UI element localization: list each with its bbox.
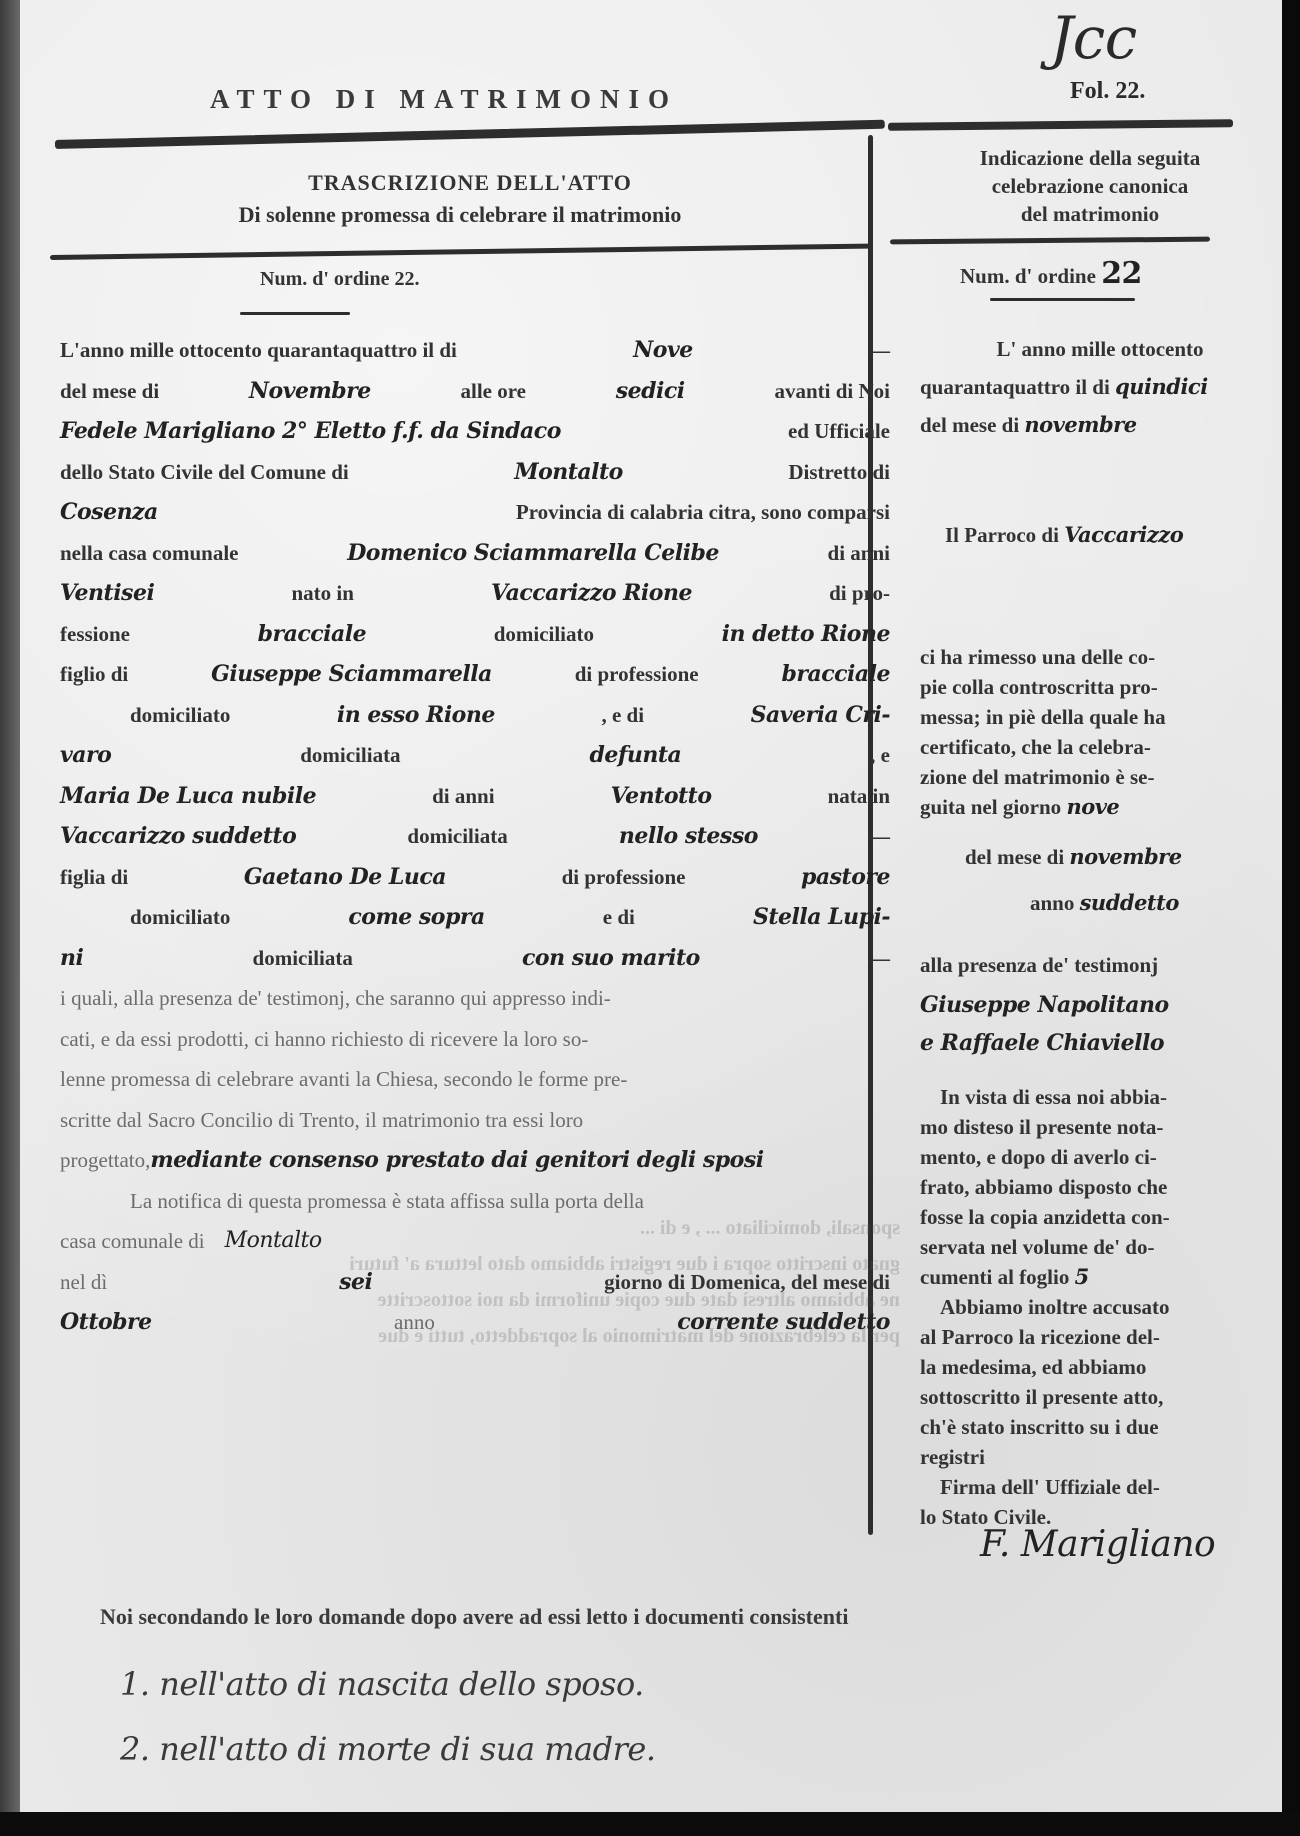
text-line: quarantaquattro il di quindici xyxy=(920,372,1280,402)
handwritten-birthplace: Vaccarizzo suddetto xyxy=(60,816,296,857)
handwritten-witness: Giuseppe Napolitano xyxy=(920,990,1280,1020)
official-signature: F. Marigliano xyxy=(980,1524,1215,1565)
handwritten-birthplace: Vaccarizzo Rione xyxy=(491,573,692,614)
text-line: lenne promessa di celebrare avanti la Ch… xyxy=(60,1059,890,1100)
printed-text: domiciliata xyxy=(407,816,507,857)
filler: — xyxy=(869,330,890,371)
printed-text: fessione xyxy=(60,614,130,655)
printed-text: mento, e dopo di averlo ci- xyxy=(920,1142,1280,1172)
text-line: figlia diGaetano De Lucadi professionepa… xyxy=(60,857,890,898)
ghost-line: ne abbiamo altresì date due copie unifor… xyxy=(220,1282,900,1318)
handwritten-mother: Saveria Cri- xyxy=(751,695,890,736)
text-line: dello Stato Civile del Comune diMontalto… xyxy=(60,452,890,493)
handwritten-month: Ottobre xyxy=(60,1302,152,1343)
printed-text: figlia di xyxy=(60,857,128,898)
handwritten-profession: bracciale xyxy=(258,614,367,655)
printed-text: ch'è stato inscritto su i due xyxy=(920,1412,1280,1442)
text-line: nidomiciliatacon suo marito— xyxy=(60,938,890,979)
printed-text: registri xyxy=(920,1442,1280,1472)
document-title: ATTO DI MATRIMONIO xyxy=(210,84,678,115)
parish-line: Il Parroco di Vaccarizzo xyxy=(945,520,1300,550)
heading-line: del matrimonio xyxy=(900,200,1280,228)
handwritten-mother: Stella Lupi- xyxy=(753,897,890,938)
order-number-value: 22 xyxy=(1101,256,1142,291)
printed-text: del mese di xyxy=(965,845,1064,869)
footer-document-2: 2. nell'atto di morte di sua madre. xyxy=(120,1730,656,1768)
printed-text: del mese di xyxy=(60,371,159,412)
top-rule-right xyxy=(888,119,1233,131)
handwritten-month: Novembre xyxy=(249,371,371,412)
printed-text: lenne promessa di celebrare avanti la Ch… xyxy=(60,1059,627,1100)
printed-text: ci ha rimesso una delle co- xyxy=(920,642,1280,672)
text-line: varodomiciliatadefunta, e xyxy=(60,735,890,776)
printed-text: di anni xyxy=(432,776,494,817)
printed-text: e di xyxy=(603,897,635,938)
printed-text: dello Stato Civile del Comune di xyxy=(60,452,349,493)
closing-block: In vista di essa noi abbia- mo disteso i… xyxy=(920,1082,1280,1532)
printed-text: Il Parroco di xyxy=(945,523,1059,547)
footer-document-1: 1. nell'atto di nascita dello sposo. xyxy=(120,1665,644,1703)
text-line: Maria De Luca nubiledi anniVentottonata … xyxy=(60,776,890,817)
handwritten-district: Cosenza xyxy=(60,492,158,533)
printed-text: frato, abbiamo disposto che xyxy=(920,1172,1280,1202)
heading-line: Indicazione della seguita xyxy=(900,144,1280,172)
handwritten-status: defunta xyxy=(589,735,681,776)
printed-text: Firma dell' Uffiziale del- xyxy=(920,1472,1280,1502)
right-order-number: Num. d' ordine 22 xyxy=(960,256,1142,291)
folio-number: Fol. 22. xyxy=(1070,78,1145,105)
printed-text: di professione xyxy=(575,654,699,695)
text-line: domiciliatoin esso Rione, e diSaveria Cr… xyxy=(60,695,890,736)
ghost-line: sponsali, domiciliato ... , e di ... xyxy=(220,1210,900,1246)
printed-text: ed Ufficiale xyxy=(788,411,890,452)
handwritten-folio: 5 xyxy=(1075,1264,1089,1289)
printed-text: Distretto di xyxy=(788,452,890,493)
text-line: del mese di novembre xyxy=(920,842,1280,872)
text-line: CosenzaProvincia di calabria citra, sono… xyxy=(60,492,890,533)
handwritten-profession: bracciale xyxy=(782,654,891,695)
printed-text: guita nel giorno xyxy=(920,795,1061,819)
printed-text: scritte dal Sacro Concilio di Trento, il… xyxy=(60,1100,583,1141)
printed-text: nato in xyxy=(291,573,353,614)
handwritten-consent: mediante consenso prestato dai genitori … xyxy=(150,1140,763,1181)
printed-text: alla presenza de' testimonj xyxy=(920,950,1280,980)
scan-left-shadow xyxy=(0,0,20,1836)
printed-text: cumenti al foglio xyxy=(920,1265,1069,1289)
handwritten-domicile: come sopra xyxy=(348,897,484,938)
printed-text: sottoscritto il presente atto, xyxy=(920,1382,1280,1412)
printed-text: In vista di essa noi abbia- xyxy=(920,1082,1280,1112)
printed-text: i quali, alla presenza de' testimonj, ch… xyxy=(60,978,611,1019)
text-line: guita nel giorno nove xyxy=(920,792,1280,822)
ghost-line: gnato inscritto sopra i due registri abb… xyxy=(220,1246,900,1282)
right-num-underline xyxy=(990,298,1135,301)
handwritten-domicile: in detto Rione xyxy=(722,614,890,655)
text-line: Vaccarizzo suddettodomiciliatanello stes… xyxy=(60,816,890,857)
filler: — xyxy=(869,816,890,857)
printed-text: pie colla controscritta pro- xyxy=(920,672,1280,702)
transcription-subheading: Di solenne promessa di celebrare il matr… xyxy=(80,202,840,228)
filler: — xyxy=(869,938,890,979)
handwritten-initials: Jcc xyxy=(1050,4,1137,72)
handwritten-hour: sedici xyxy=(616,371,685,412)
handwritten-parish: Vaccarizzo xyxy=(1064,522,1183,547)
printed-text: zione del matrimonio è se- xyxy=(920,762,1280,792)
handwritten-mother-cont: varo xyxy=(60,735,111,776)
transcription-heading: TRASCRIZIONE DELL'ATTO xyxy=(120,170,820,196)
text-line: scritte dal Sacro Concilio di Trento, il… xyxy=(60,1100,890,1141)
printed-text: figlio di xyxy=(60,654,128,695)
printed-text: nata in xyxy=(828,776,890,817)
printed-text: messa; in piè della quale ha xyxy=(920,702,1280,732)
handwritten-father: Giuseppe Sciammarella xyxy=(211,654,492,695)
text-line: fessionebraccialedomiciliatoin detto Rio… xyxy=(60,614,890,655)
handwritten-day: Nove xyxy=(633,330,693,371)
printed-text: cati, e da essi prodotti, ci hanno richi… xyxy=(60,1019,588,1060)
printed-text: di pro- xyxy=(829,573,890,614)
canonical-celebration-heading: Indicazione della seguita celebrazione c… xyxy=(900,144,1280,228)
printed-text: Provincia di calabria citra, sono compar… xyxy=(516,492,890,533)
printed-text: quarantaquattro il di xyxy=(920,375,1110,399)
marriage-promise-body: L'anno mille ottocento quarantaquattro i… xyxy=(60,330,890,1343)
printed-text: fosse la copia anzidetta con- xyxy=(920,1202,1280,1232)
handwritten-domicile: in esso Rione xyxy=(337,695,495,736)
bleed-through-text: sponsali, domiciliato ... , e di ... gna… xyxy=(220,1210,900,1354)
printed-text: alle ore xyxy=(461,371,527,412)
handwritten-day: quindici xyxy=(1115,374,1208,399)
printed-text: nella casa comunale xyxy=(60,533,239,574)
printed-text: certificato, che la celebra- xyxy=(920,732,1280,762)
left-num-brace xyxy=(240,312,350,315)
handwritten-month: novembre xyxy=(1024,412,1136,437)
printed-text: L'anno mille ottocento quarantaquattro i… xyxy=(60,330,457,371)
printed-text: Abbiamo inoltre accusato xyxy=(920,1292,1280,1322)
text-line: nella casa comunaleDomenico Sciammarella… xyxy=(60,533,890,574)
handwritten-domicile: con suo marito xyxy=(522,938,700,979)
printed-text: di anni xyxy=(828,533,890,574)
printed-text: nel dì xyxy=(60,1262,107,1303)
handwritten-age: Ventisei xyxy=(60,573,154,614)
scan-right-edge xyxy=(1282,0,1300,1836)
printed-text: domiciliata xyxy=(300,735,400,776)
printed-text: , e xyxy=(870,735,890,776)
handwritten-month: novembre xyxy=(1069,844,1181,869)
left-header-underline xyxy=(50,244,870,260)
printed-text: domiciliato xyxy=(130,897,230,938)
handwritten-father: Gaetano De Luca xyxy=(244,857,446,898)
printed-text: del mese di xyxy=(920,413,1019,437)
text-line: anno suddetto xyxy=(920,888,1280,918)
printed-text: di professione xyxy=(562,857,686,898)
handwritten-commune: Montalto xyxy=(514,452,623,493)
printed-text: L' anno mille ottocento xyxy=(920,334,1280,364)
printed-text: casa comunale di xyxy=(60,1221,205,1262)
document-page: ATTO DI MATRIMONIO Fol. 22. Jcc TRASCRIZ… xyxy=(20,0,1282,1812)
text-line: progettato,mediante consenso prestato da… xyxy=(60,1140,890,1181)
handwritten-mother-cont: ni xyxy=(60,938,83,979)
text-line: i quali, alla presenza de' testimonj, ch… xyxy=(60,978,890,1019)
printed-text: mo disteso il presente nota- xyxy=(920,1112,1280,1142)
text-line: figlio diGiuseppe Sciammarelladi profess… xyxy=(60,654,890,695)
heading-line: celebrazione canonica xyxy=(900,172,1280,200)
text-line: cati, e da essi prodotti, ci hanno richi… xyxy=(60,1019,890,1060)
left-order-number: Num. d' ordine 22. xyxy=(260,268,419,291)
handwritten-age: Ventotto xyxy=(611,776,712,817)
order-number-label: Num. d' ordine xyxy=(960,264,1096,288)
printed-text: anno xyxy=(1030,891,1074,915)
text-line: Ventiseinato inVaccarizzo Rionedi pro- xyxy=(60,573,890,614)
handwritten-year: suddetto xyxy=(1080,890,1179,915)
top-rule-left xyxy=(55,120,885,149)
certification-block: ci ha rimesso una delle co- pie colla co… xyxy=(920,642,1280,1058)
text-line: del mese diNovembrealle oresediciavanti … xyxy=(60,371,890,412)
text-line: domiciliatocome soprae diStella Lupi- xyxy=(60,897,890,938)
footer-printed-line: Noi secondando le loro domande dopo aver… xyxy=(100,1604,848,1630)
right-header-underline xyxy=(890,237,1210,245)
printed-text: al Parroco la ricezione del- xyxy=(920,1322,1280,1352)
handwritten-witness: e Raffaele Chiaviello xyxy=(920,1028,1280,1058)
handwritten-profession: pastore xyxy=(801,857,890,898)
printed-text: la medesima, ed abbiamo xyxy=(920,1352,1280,1382)
canonical-date-block: L' anno mille ottocento quarantaquattro … xyxy=(920,334,1280,440)
printed-text: domiciliata xyxy=(253,938,353,979)
ghost-line: per la celebrazione del matrimonio al so… xyxy=(220,1318,900,1354)
handwritten-day: nove xyxy=(1066,794,1119,819)
handwritten-bride: Maria De Luca nubile xyxy=(60,776,316,817)
text-line: del mese di novembre xyxy=(920,410,1280,440)
text-line: cumenti al foglio 5 xyxy=(920,1262,1280,1292)
printed-text: domiciliato xyxy=(130,695,230,736)
handwritten-official: Fedele Marigliano 2° Eletto f.f. da Sind… xyxy=(60,411,561,452)
printed-text: , e di xyxy=(601,695,644,736)
printed-text: servata nel volume de' do- xyxy=(920,1232,1280,1262)
handwritten-domicile: nello stesso xyxy=(619,816,758,857)
text-line: Fedele Marigliano 2° Eletto f.f. da Sind… xyxy=(60,411,890,452)
scan-bottom-edge xyxy=(0,1812,1300,1836)
printed-text: progettato, xyxy=(60,1140,150,1181)
text-line: L'anno mille ottocento quarantaquattro i… xyxy=(60,330,890,371)
handwritten-groom: Domenico Sciammarella Celibe xyxy=(347,533,719,574)
printed-text: avanti di Noi xyxy=(774,371,890,412)
printed-text: domiciliato xyxy=(494,614,594,655)
